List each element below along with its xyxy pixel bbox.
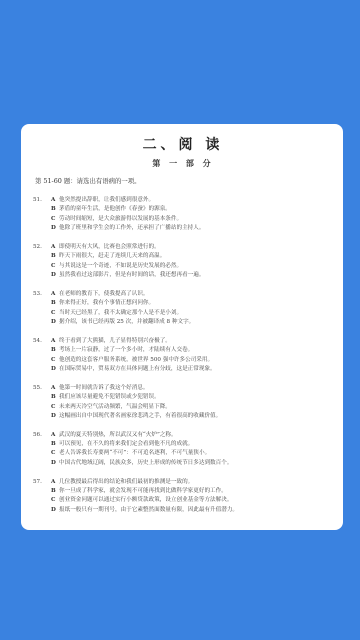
question-57: 57. A 几位教授最后得出的结论和我们最初的推测是一致的。 B 你一旦成了科学… bbox=[33, 478, 333, 516]
part-subtitle: 第 一 部 分 bbox=[33, 158, 333, 168]
option-letter: C bbox=[51, 403, 59, 412]
option-letter: C bbox=[51, 356, 59, 365]
option-text: 即使明天有大风，比赛也会照常进行的。 bbox=[59, 243, 333, 252]
option-a: 57. A 几位教授最后得出的结论和我们最初的推测是一致的。 bbox=[33, 478, 333, 487]
question-number: 57. bbox=[33, 478, 51, 487]
option-text: 终于看到了大熊猫，儿子显得特别兴奋极了。 bbox=[59, 337, 333, 346]
option-c: C 劳动时间缩短，是大众旅游得以发展的基本条件。 bbox=[33, 215, 333, 224]
option-letter: A bbox=[51, 431, 59, 440]
option-text: 这幅画出自中国现代著名画家徐悲鸿之手，有着很高的收藏价值。 bbox=[59, 412, 333, 421]
option-a: 51. A 他突然提出辞职，让我们感到很意外。 bbox=[33, 196, 333, 205]
option-letter: D bbox=[51, 318, 59, 327]
option-letter: D bbox=[51, 506, 59, 515]
option-c: C 当时天已经黑了，我不太确定那个人是不是小刘。 bbox=[33, 309, 333, 318]
option-letter: A bbox=[51, 290, 59, 299]
option-text: 老人告诉我长寿要两“不可”：不可追名逐利，不可气量狭小。 bbox=[59, 449, 333, 458]
option-text: 你一旦成了科学家，就会发现不可能再找到比做科学家更好的工作。 bbox=[59, 487, 333, 496]
option-text: 当时天已经黑了，我不太确定那个人是不是小刘。 bbox=[59, 309, 333, 318]
option-letter: A bbox=[51, 478, 59, 487]
option-letter: C bbox=[51, 449, 59, 458]
question-55: 55. A 他第一时间就告诉了我这个好消息。 B 我们应该尽量避免不犯错误或少犯… bbox=[33, 384, 333, 422]
question-number: 55. bbox=[33, 384, 51, 393]
option-letter: D bbox=[51, 224, 59, 233]
option-c: C 创业资金问题可以通过实行小额贷款政策，设立创业基金等方法解决。 bbox=[33, 496, 333, 505]
section-title: 二、阅 读 bbox=[33, 136, 333, 154]
option-b: B 你来得正好，我有个事情正想问问你。 bbox=[33, 299, 333, 308]
option-letter: D bbox=[51, 271, 59, 280]
option-d: D 中国古代地域辽阔，民族众多，历史上形成的传统节日多达到数百个。 bbox=[33, 459, 333, 468]
question-number: 54. bbox=[33, 337, 51, 346]
option-text: 劳动时间缩短，是大众旅游得以发展的基本条件。 bbox=[59, 215, 333, 224]
option-a: 52. A 即使明天有大风，比赛也会照常进行的。 bbox=[33, 243, 333, 252]
option-text: 在老师的教育下，使我提高了认识。 bbox=[59, 290, 333, 299]
option-letter: B bbox=[51, 393, 59, 402]
option-a: 56. A 武汉的夏天特别热，所以武汉又有“火炉”之称。 bbox=[33, 431, 333, 440]
option-d: D 虽然我看过这部影片，但是有时间的话，我还想再看一遍。 bbox=[33, 271, 333, 280]
option-letter: A bbox=[51, 196, 59, 205]
option-b: B 可以预见，在不久的将来我们定会看到他不凡的成就。 bbox=[33, 440, 333, 449]
option-d: D 据介绍，该书已经再版 25 次，并被翻译成 8 种文字。 bbox=[33, 318, 333, 327]
document-card: 二、阅 读 第 一 部 分 第 51-60 题：请选出有语病的一项。 51. A… bbox=[21, 124, 343, 530]
option-letter: B bbox=[51, 205, 59, 214]
question-number: 51. bbox=[33, 196, 51, 205]
option-text: 未来两天冷空气活动频繁，气温会明显下降。 bbox=[59, 403, 333, 412]
option-c: C 老人告诉我长寿要两“不可”：不可追名逐利，不可气量狭小。 bbox=[33, 449, 333, 458]
option-text: 茅盾的童年生活，是他创作《春蚕》的源泉。 bbox=[59, 205, 333, 214]
option-d: D 在国际贸易中，贸易双方在具体问题上有分歧，这是正常现象。 bbox=[33, 365, 333, 374]
option-text: 几位教授最后得出的结论和我们最初的推测是一致的。 bbox=[59, 478, 333, 487]
option-text: 你来得正好，我有个事情正想问问你。 bbox=[59, 299, 333, 308]
option-text: 可以预见，在不久的将来我们定会看到他不凡的成就。 bbox=[59, 440, 333, 449]
option-letter: B bbox=[51, 487, 59, 496]
option-text: 中国古代地域辽阔，民族众多，历史上形成的传统节日多达到数百个。 bbox=[59, 459, 333, 468]
option-letter: B bbox=[51, 299, 59, 308]
option-text: 昨天下雨很大，赶走了连续几天来的高温。 bbox=[59, 252, 333, 261]
option-letter: B bbox=[51, 346, 59, 355]
instruction-text: 第 51-60 题：请选出有语病的一项。 bbox=[35, 177, 333, 186]
option-b: B 茅盾的童年生活，是他创作《春蚕》的源泉。 bbox=[33, 205, 333, 214]
option-a: 55. A 他第一时间就告诉了我这个好消息。 bbox=[33, 384, 333, 393]
option-b: B 我们应该尽量避免不犯错误或少犯错误。 bbox=[33, 393, 333, 402]
question-number: 52. bbox=[33, 243, 51, 252]
option-c: C 与其说这是一个奇迹，不如说是历史发展的必然。 bbox=[33, 262, 333, 271]
option-text: 虽然我看过这部影片，但是有时间的话，我还想再看一遍。 bbox=[59, 271, 333, 280]
question-56: 56. A 武汉的夏天特别热，所以武汉又有“火炉”之称。 B 可以预见，在不久的… bbox=[33, 431, 333, 469]
option-text: 他第一时间就告诉了我这个好消息。 bbox=[59, 384, 333, 393]
question-list: 51. A 他突然提出辞职，让我们感到很意外。 B 茅盾的童年生活，是他创作《春… bbox=[33, 196, 333, 515]
option-d: D 这幅画出自中国现代著名画家徐悲鸿之手，有着很高的收藏价值。 bbox=[33, 412, 333, 421]
option-b: B 昨天下雨很大，赶走了连续几天来的高温。 bbox=[33, 252, 333, 261]
question-number: 53. bbox=[33, 290, 51, 299]
option-text: 他除了班里和学生会的工作外，还承担了广播站的主持人。 bbox=[59, 224, 333, 233]
option-text: 创业资金问题可以通过实行小额贷款政策，设立创业基金等方法解决。 bbox=[59, 496, 333, 505]
option-b: B 你一旦成了科学家，就会发现不可能再找到比做科学家更好的工作。 bbox=[33, 487, 333, 496]
option-letter: C bbox=[51, 496, 59, 505]
question-52: 52. A 即使明天有大风，比赛也会照常进行的。 B 昨天下雨很大，赶走了连续几… bbox=[33, 243, 333, 281]
option-letter: B bbox=[51, 440, 59, 449]
option-c: C 未来两天冷空气活动频繁，气温会明显下降。 bbox=[33, 403, 333, 412]
question-54: 54. A 终于看到了大熊猫，儿子显得特别兴奋极了。 B 考场上一片寂静，过了一… bbox=[33, 337, 333, 375]
option-letter: A bbox=[51, 243, 59, 252]
question-51: 51. A 他突然提出辞职，让我们感到很意外。 B 茅盾的童年生活，是他创作《春… bbox=[33, 196, 333, 234]
option-letter: D bbox=[51, 365, 59, 374]
option-text: 据介绍，该书已经再版 25 次，并被翻译成 8 种文字。 bbox=[59, 318, 333, 327]
option-text: 武汉的夏天特别热，所以武汉又有“火炉”之称。 bbox=[59, 431, 333, 440]
option-text: 他创造的这套客户服务系统，被世界 500 强中许多公司采用。 bbox=[59, 356, 333, 365]
option-text: 我们应该尽量避免不犯错误或少犯错误。 bbox=[59, 393, 333, 402]
option-d: D 他除了班里和学生会的工作外，还承担了广播站的主持人。 bbox=[33, 224, 333, 233]
option-letter: A bbox=[51, 384, 59, 393]
option-a: 53. A 在老师的教育下，使我提高了认识。 bbox=[33, 290, 333, 299]
option-letter: C bbox=[51, 309, 59, 318]
option-c: C 他创造的这套客户服务系统，被世界 500 强中许多公司采用。 bbox=[33, 356, 333, 365]
option-letter: C bbox=[51, 215, 59, 224]
option-letter: D bbox=[51, 412, 59, 421]
option-letter: A bbox=[51, 337, 59, 346]
option-d: D 报纸一般只有一期刊号，由于它素整然面数量有限，因此最有升值潜力。 bbox=[33, 506, 333, 515]
option-text: 他突然提出辞职，让我们感到很意外。 bbox=[59, 196, 333, 205]
question-53: 53. A 在老师的教育下，使我提高了认识。 B 你来得正好，我有个事情正想问问… bbox=[33, 290, 333, 328]
option-text: 在国际贸易中，贸易双方在具体问题上有分歧，这是正常现象。 bbox=[59, 365, 333, 374]
option-letter: D bbox=[51, 459, 59, 468]
question-number: 56. bbox=[33, 431, 51, 440]
option-a: 54. A 终于看到了大熊猫，儿子显得特别兴奋极了。 bbox=[33, 337, 333, 346]
option-letter: C bbox=[51, 262, 59, 271]
option-text: 报纸一般只有一期刊号，由于它素整然面数量有限，因此最有升值潜力。 bbox=[59, 506, 333, 515]
option-text: 与其说这是一个奇迹，不如说是历史发展的必然。 bbox=[59, 262, 333, 271]
option-b: B 考场上一片寂静，过了一个多小时，才陆续有人交卷。 bbox=[33, 346, 333, 355]
option-letter: B bbox=[51, 252, 59, 261]
option-text: 考场上一片寂静，过了一个多小时，才陆续有人交卷。 bbox=[59, 346, 333, 355]
